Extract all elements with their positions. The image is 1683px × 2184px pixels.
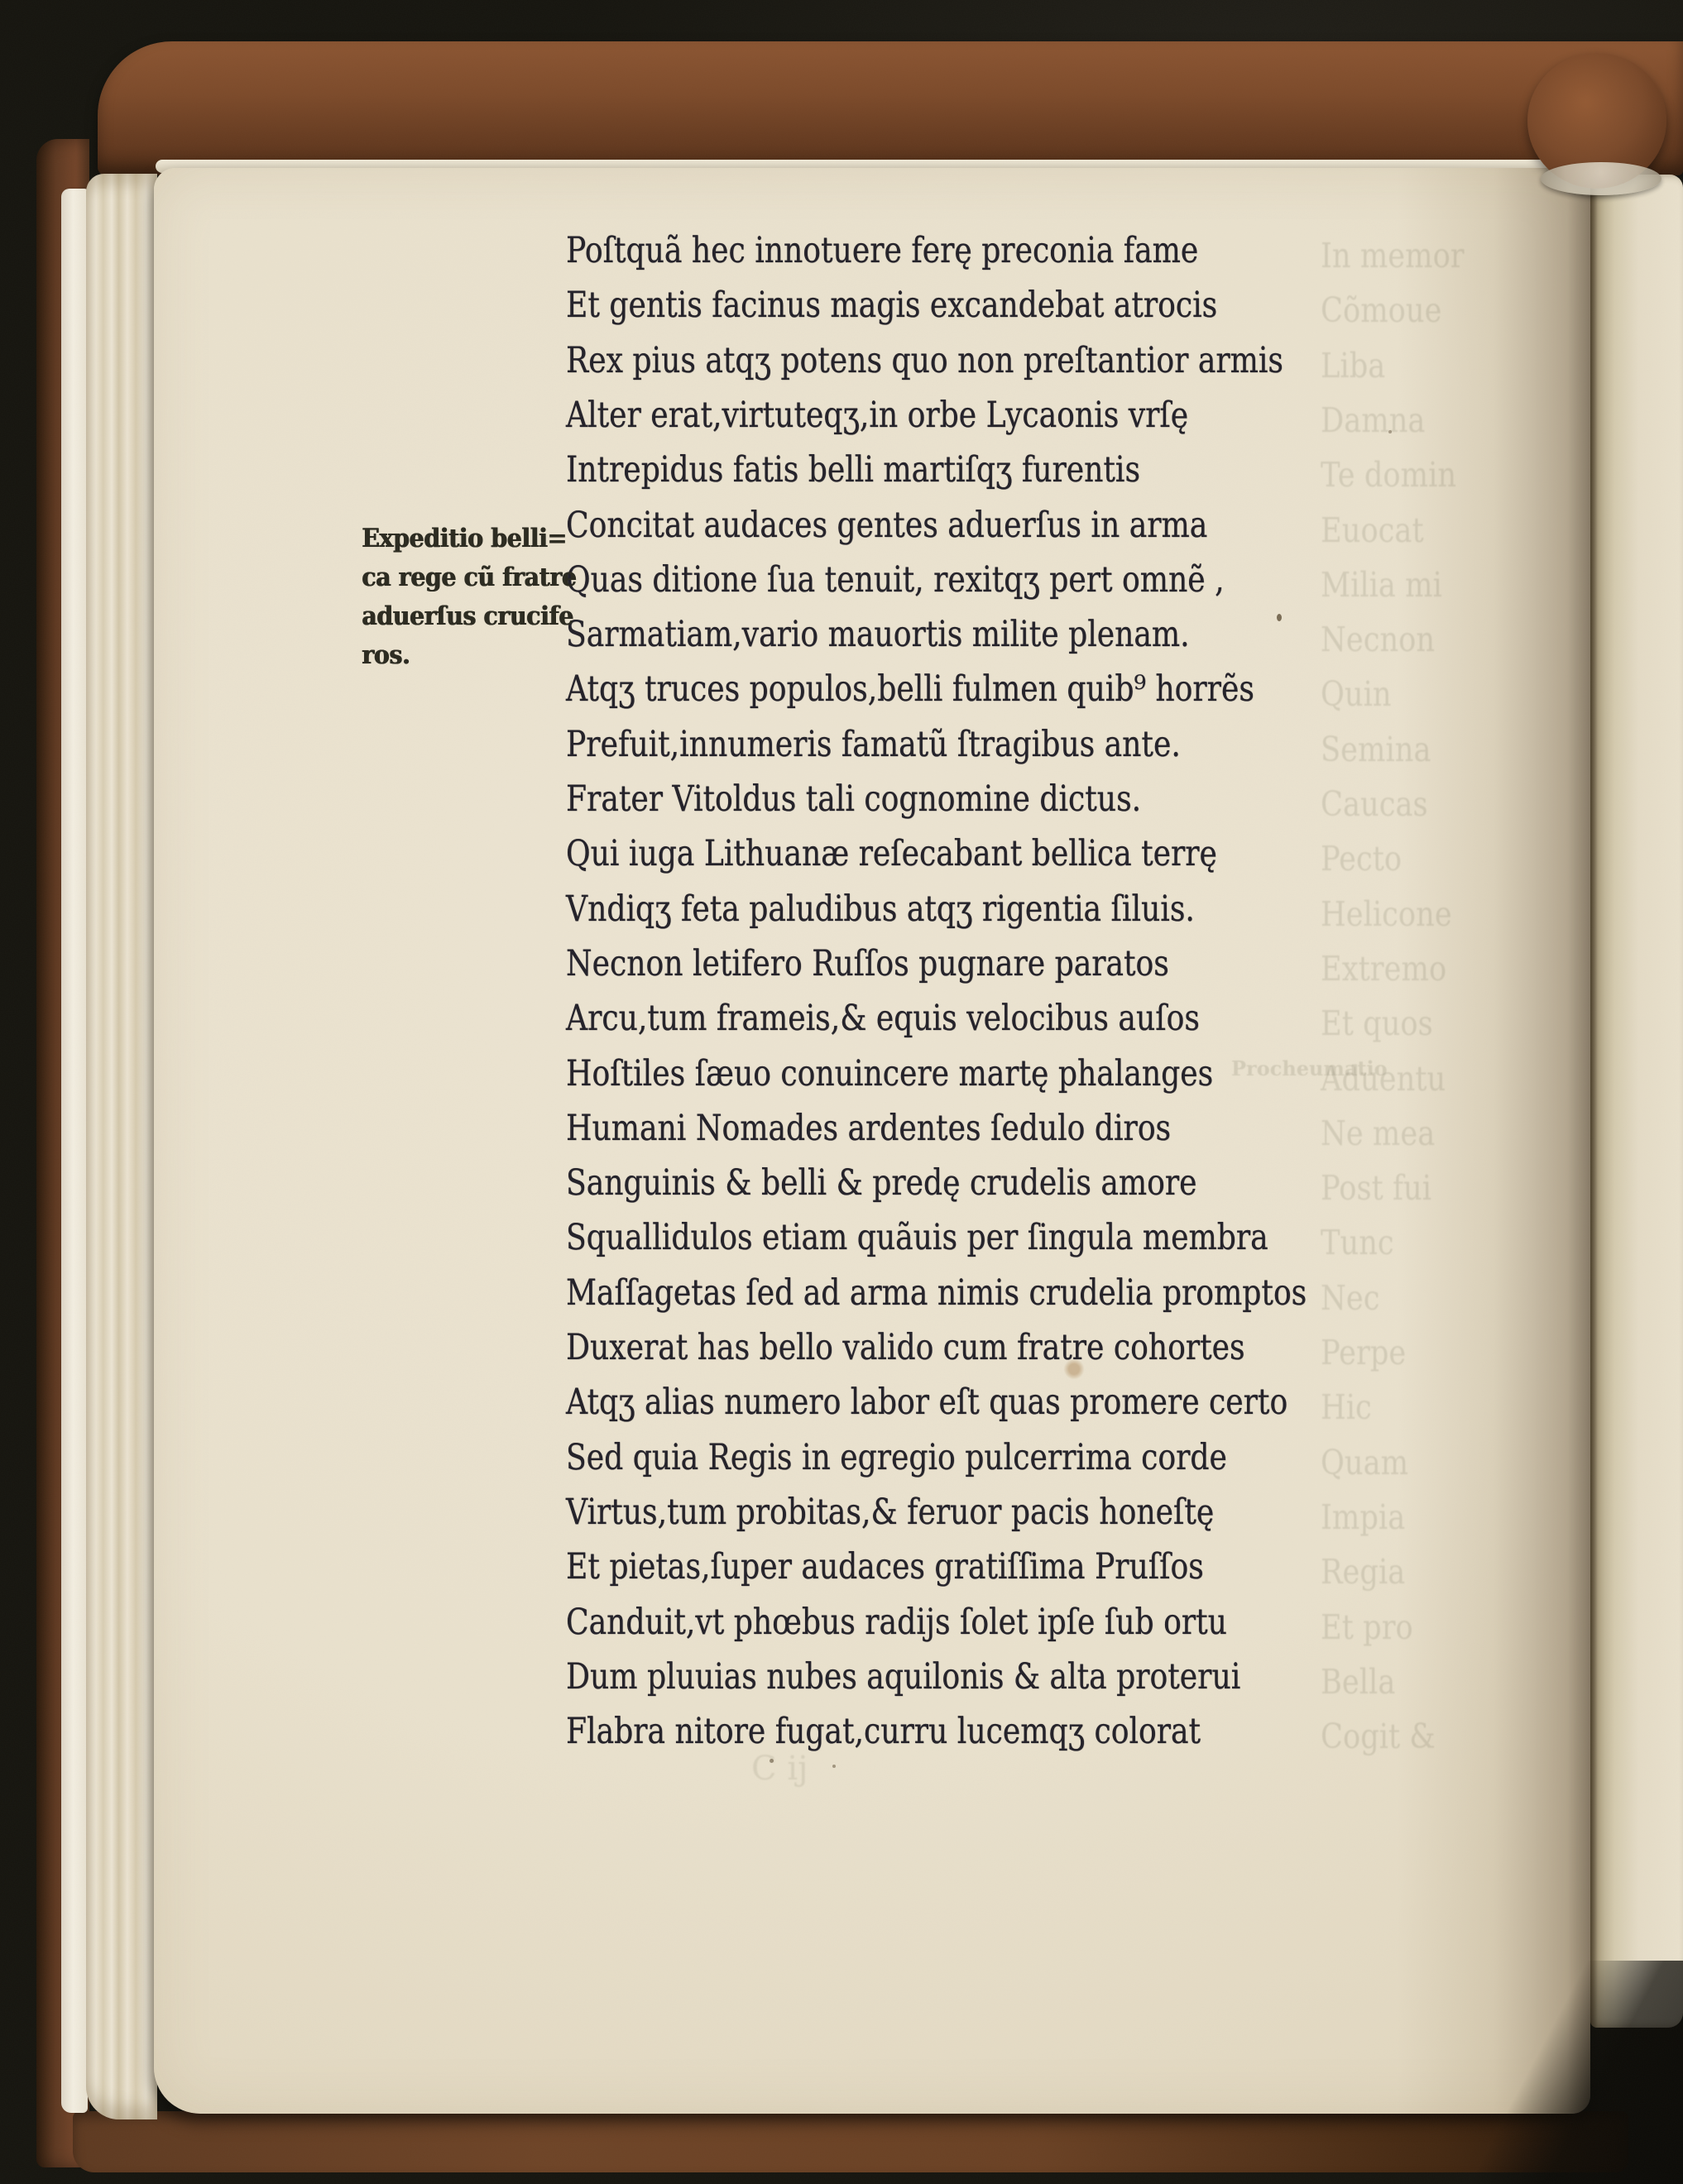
endband	[1541, 162, 1661, 195]
book-scan: In memorCõmoueLibaDamnaTe dominEuocatMil…	[0, 0, 1683, 2184]
paper-speck	[1277, 614, 1282, 621]
paper-speck	[832, 1765, 836, 1768]
leather-cover-top-edge	[98, 41, 1683, 175]
book-page	[154, 168, 1590, 2114]
protruding-flyleaf-edge	[61, 189, 88, 2113]
facing-page-edge	[1590, 175, 1683, 2028]
paper-speck	[770, 1759, 774, 1763]
paper-speck	[1388, 430, 1392, 433]
page-edge-stack	[86, 174, 157, 2119]
leather-cover-bottom-edge	[73, 2111, 1628, 2172]
